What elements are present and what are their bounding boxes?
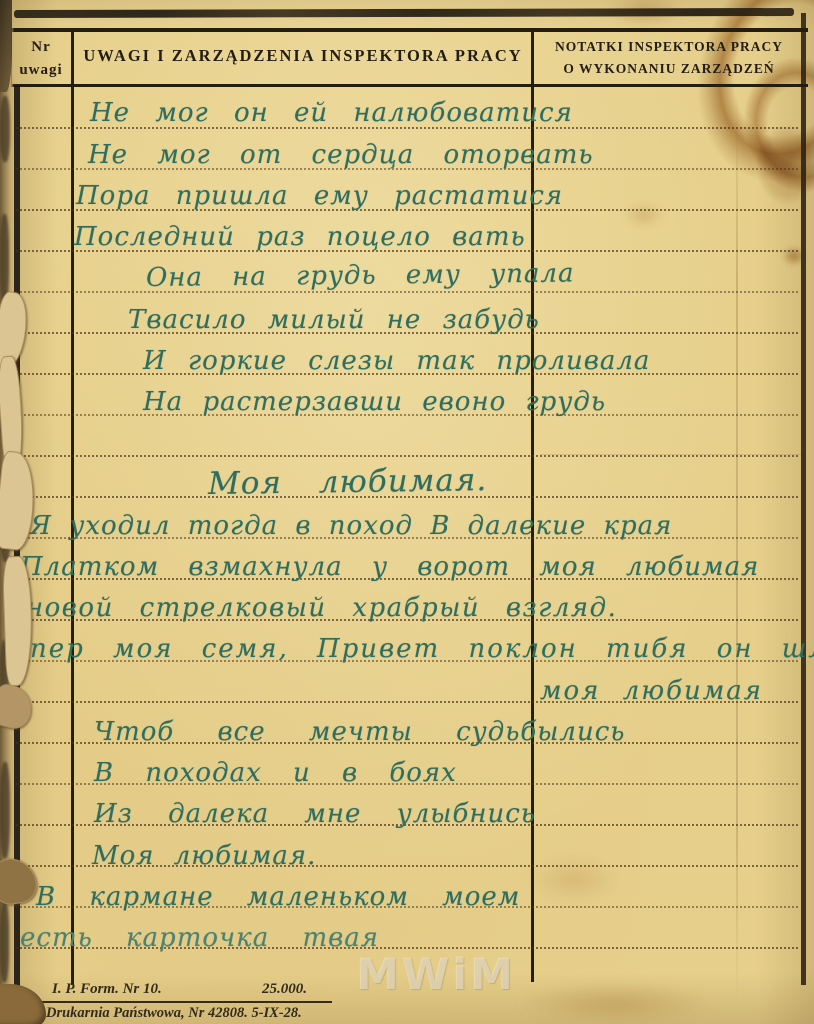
torn-paper-flap xyxy=(0,855,39,907)
handwritten-line: Моя любимая. xyxy=(92,841,316,871)
handwritten-line: Она на грудь ему упала xyxy=(146,259,575,293)
edge-shadow xyxy=(0,902,9,982)
header-bottom-line xyxy=(8,84,808,87)
archive-watermark: MWiM xyxy=(356,950,516,1000)
handwritten-line: Последний раз поцело вать xyxy=(74,222,526,252)
handwritten-line: Твасило милый не забудь xyxy=(128,305,540,335)
handwritten-line: Пора пришла ему растатися xyxy=(76,181,563,211)
table-right-border xyxy=(801,13,806,985)
footer-print-run: 25.000. xyxy=(262,981,307,998)
handwritten-song-title: Моя любимая. xyxy=(208,462,488,502)
handwritten-line: Я уходил тогда в поход В далекие края xyxy=(30,511,672,541)
dotted-rule xyxy=(16,291,798,293)
right-header-line1: NOTATKI INSPEKTORA PRACY xyxy=(538,36,800,58)
torn-corner-shadow xyxy=(0,0,12,92)
footer-printer-line: Drukarnia Państwowa, Nr 42808. 5-IX-28. xyxy=(46,1005,302,1022)
stain-top-right-large xyxy=(653,0,814,225)
handwritten-line: Из далека мне улыбнись xyxy=(94,799,536,829)
handwritten-line: Не мог он ей налюбоватися xyxy=(90,98,573,128)
handwritten-line: моя любимая xyxy=(540,676,763,706)
paper-crease-vertical xyxy=(736,90,738,1005)
torn-paper-flap xyxy=(0,682,37,732)
uwagi-label: uwagi xyxy=(12,59,70,82)
nr-column-divider xyxy=(71,28,74,985)
handwritten-line: есть карточка твая xyxy=(20,923,379,953)
stain-mid-faint xyxy=(520,852,630,907)
footer-rule xyxy=(38,1001,332,1003)
center-column-divider xyxy=(531,28,534,982)
edge-shadow xyxy=(0,96,10,162)
torn-corner-fragment xyxy=(0,984,46,1024)
scanned-document-page: Nr uwagi UWAGI I ZARZĄDZENIA INSPEKTORA … xyxy=(0,0,814,1024)
handwritten-line: И горкие слезы так проливала xyxy=(143,346,650,376)
handwritten-line: пер моя семя, Привет поклон тибя он шлей… xyxy=(30,634,814,664)
stain-upper-faint xyxy=(620,200,668,230)
nr-uwagi-column-header: Nr uwagi xyxy=(12,36,70,82)
right-column-header: NOTATKI INSPEKTORA PRACY O WYKONANIU ZAR… xyxy=(538,36,800,80)
footer-form-number: I. P. Form. Nr 10. xyxy=(52,981,162,998)
handwritten-line: В кармане маленьком моем xyxy=(36,882,520,912)
handwritten-line: новой стрелковый храбрый взгляд. xyxy=(26,593,617,623)
dotted-rule xyxy=(16,455,798,457)
handwritten-line: В походах и в боях xyxy=(94,758,457,788)
main-column-header: UWAGI I ZARZĄDZENIA INSPEKTORA PRACY xyxy=(80,46,526,66)
header-top-line xyxy=(8,28,808,32)
handwritten-line: Платком взмахнула у ворот моя любимая xyxy=(20,552,759,582)
right-header-line2: O WYKONANIU ZARZĄDZEŃ xyxy=(538,58,800,80)
handwritten-line: Чтоб все мечты судьбылись xyxy=(94,717,625,747)
edge-shadow xyxy=(0,762,10,858)
stain-bottom-faint xyxy=(500,978,730,1024)
nr-label: Nr xyxy=(12,36,70,59)
top-border-rule xyxy=(14,8,794,18)
handwritten-line: Не мог от сердца оторвать xyxy=(88,140,594,170)
handwritten-line: На растерзавши евоно грудь xyxy=(143,387,606,417)
